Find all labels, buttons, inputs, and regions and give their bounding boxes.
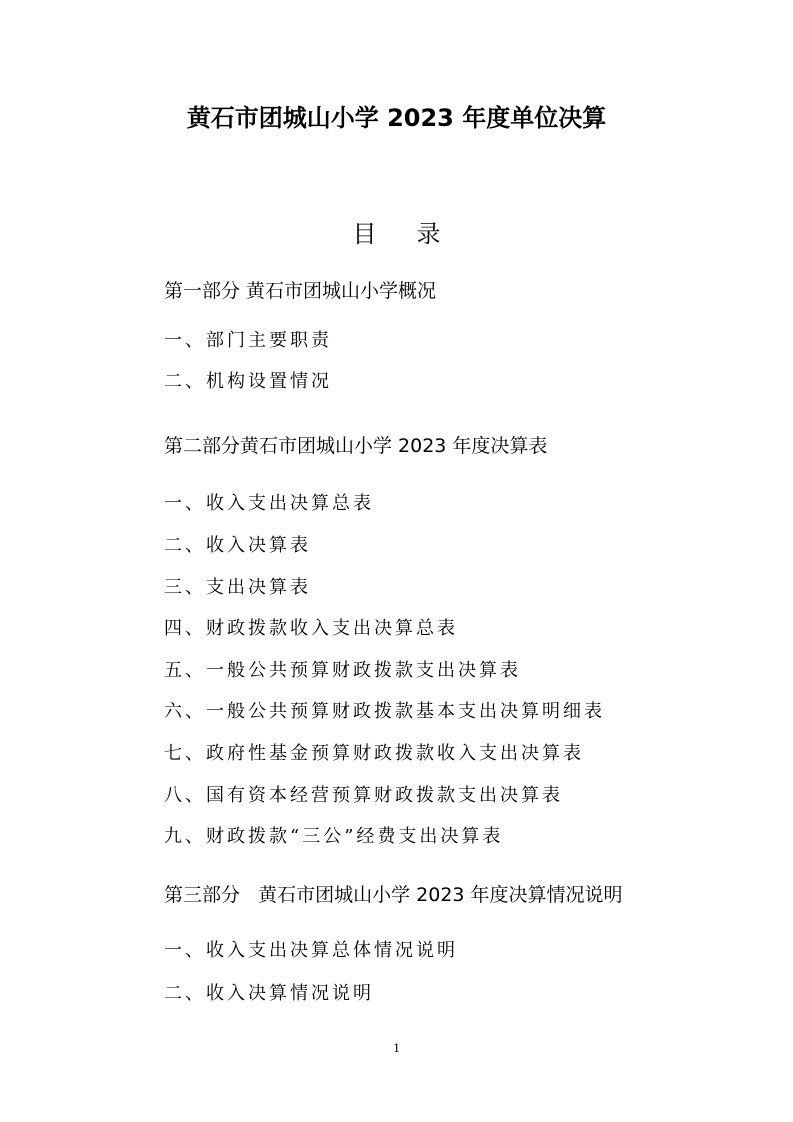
toc-item: 二、收入决算情况说明 <box>164 980 374 1008</box>
toc-heading: 目录 <box>0 216 793 252</box>
toc-item: 一、部门主要职责 <box>164 327 332 355</box>
document-title: 黄石市团城山小学 2023 年度单位决算 <box>0 100 793 136</box>
toc-item: 一、收入支出决算总体情况说明 <box>164 937 458 965</box>
toc-item: 五、一般公共预算财政拨款支出决算表 <box>164 657 521 685</box>
toc-item: 四、财政拨款收入支出决算总表 <box>164 615 458 643</box>
toc-item: 九、财政拨款“三公”经费支出决算表 <box>164 823 503 851</box>
toc-item: 三、支出决算表 <box>164 574 311 602</box>
toc-item: 八、国有资本经营预算财政拨款支出决算表 <box>164 782 563 810</box>
toc-item: 七、政府性基金预算财政拨款收入支出决算表 <box>164 740 584 768</box>
part-2-heading: 第二部分黄石市团城山小学 2023 年度决算表 <box>164 432 547 460</box>
part-1-heading: 第一部分 黄石市团城山小学概况 <box>164 277 436 305</box>
toc-item: 六、一般公共预算财政拨款基本支出决算明细表 <box>164 698 605 726</box>
part-3-heading: 第三部分 黄石市团城山小学 2023 年度决算情况说明 <box>164 881 623 909</box>
toc-item: 二、机构设置情况 <box>164 368 332 396</box>
page-number: 1 <box>0 1040 793 1056</box>
toc-item: 二、收入决算表 <box>164 532 311 560</box>
toc-item: 一、收入支出决算总表 <box>164 490 374 518</box>
